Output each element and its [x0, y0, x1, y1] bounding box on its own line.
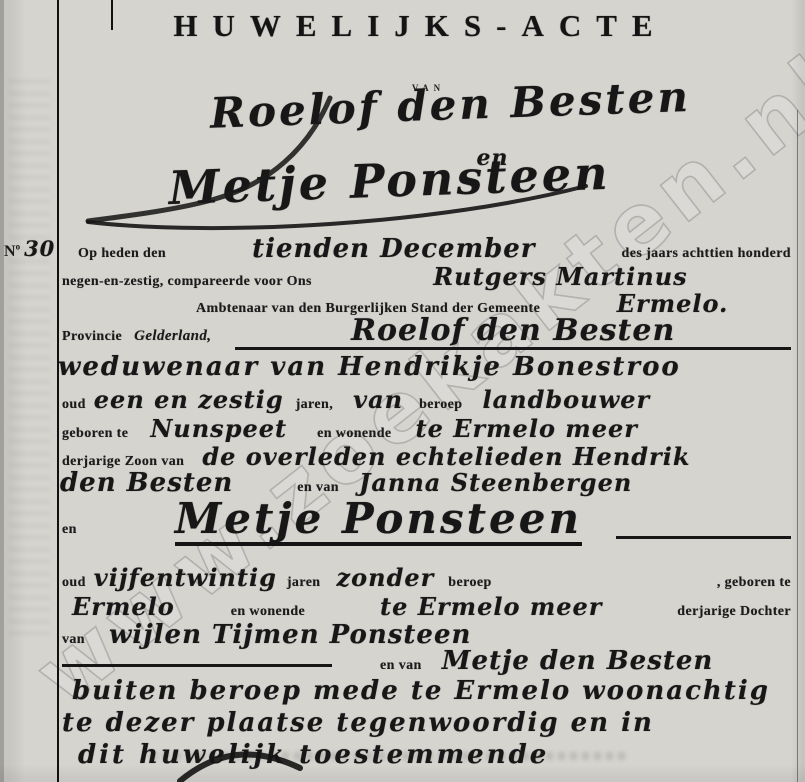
hw-groom-age: een en zestig — [94, 389, 284, 411]
hw-gemeente: Ermelo. — [554, 293, 791, 315]
hw-bride-name-body: Metje Ponsteen — [175, 500, 582, 546]
body-line-2: negen-en-zestig, compareerde voor Ons Ru… — [62, 266, 791, 290]
printed-en-wonende-2: en wonende — [231, 604, 305, 620]
hw-bride-father: wijlen Tijmen Ponsteen — [109, 624, 471, 647]
printed-van-3: van — [62, 632, 85, 648]
hw-zonder: zonder — [337, 567, 435, 589]
printed-beroep-1: beroep — [419, 397, 462, 413]
body-line-12: Ermelo en wonende te Ermelo meer derjari… — [62, 596, 791, 620]
hw-present-consenting-1: te dezer plaatse tegenwoordig en in — [62, 712, 654, 735]
marriage-certificate-scan: www.zoekakten.nl HUWELIJKS-ACTE VAN Roel… — [0, 0, 805, 782]
hw-groom-name-body: Roelof den Besten — [235, 317, 791, 350]
printed-geboren-te-1: geboren te — [62, 426, 128, 442]
printed-en-wonende-1: en wonende — [317, 426, 391, 442]
printed-dochter: derjarige Dochter — [677, 604, 791, 620]
hw-groom-residence: te Ermelo meer — [416, 418, 638, 440]
hw-date: tienden December — [166, 238, 621, 261]
body-line-15: buiten beroep mede te Ermelo woonachtig — [62, 680, 791, 703]
hw-groom-occupation: landbouwer — [482, 389, 650, 411]
body-line-4: Provincie Gelderland, Roelof den Besten — [62, 317, 791, 350]
body-line-9: den Besten en van Janna Steenbergen — [62, 472, 791, 496]
body-line-14: en van Metje den Besten — [62, 650, 791, 674]
act-number: No 30 — [4, 240, 55, 261]
hw-bride-birthplace: Ermelo — [72, 596, 175, 618]
printed-provincie: Provincie — [62, 329, 122, 345]
hw-groom-father-surname: den Besten — [60, 472, 233, 495]
printed-gelderland: Gelderland, — [134, 328, 211, 345]
hw-mother-residence: buiten beroep mede te Ermelo woonachtig — [72, 680, 770, 703]
printed-geboren-te-2: , geboren te — [717, 575, 791, 591]
body-line-13: van wijlen Tijmen Ponsteen — [62, 624, 791, 648]
body-line-8: derjarige Zoon van de overleden echtelie… — [62, 446, 791, 470]
act-number-prefix: N — [4, 243, 16, 260]
blank-rule-left — [62, 664, 332, 667]
printed-jaar-compareerde: negen-en-zestig, compareerde voor Ons — [62, 274, 312, 290]
printed-jaren-van: jaren, — [296, 397, 334, 413]
hw-present-consenting-2: dit huwelijk toestemmende — [78, 744, 549, 767]
printed-en-2: en — [62, 522, 77, 538]
hw-bride-mother: Metje den Besten — [442, 650, 714, 673]
printed-oud-2: oud — [62, 575, 86, 591]
hw-groom-birthplace: Nunspeet — [150, 418, 287, 440]
printed-en-van-2: en van — [380, 658, 422, 674]
hw-bride-age: vijfentwintig — [94, 567, 277, 589]
document-title: HUWELIJKS-ACTE — [0, 8, 805, 44]
body-line-6: oud een en zestig jaren, van beroep land… — [62, 389, 791, 413]
blank-fill-rule — [616, 536, 791, 539]
hw-bride-residence: te Ermelo meer — [305, 596, 677, 618]
hw-widower-of: weduwenaar van Hendrikje Bonestroo — [58, 356, 681, 379]
printed-des-jaars: des jaars achttien honderd — [622, 246, 791, 262]
printed-oud-1: oud — [62, 397, 86, 413]
body-line-16: te dezer plaatse tegenwoordig en in — [62, 712, 791, 735]
hw-registrar-name: Rutgers Martinus — [330, 266, 791, 288]
body-line-5: weduwenaar van Hendrikje Bonestroo — [62, 356, 791, 379]
hw-groom-mother: Janna Steenbergen — [359, 472, 632, 494]
body-line-11: oud vijfentwintig jaren zonder beroep , … — [62, 567, 791, 591]
body-line-1: Op heden den tienden December des jaars … — [62, 238, 791, 262]
printed-jaren-2: jaren — [287, 575, 321, 591]
hw-van: van — [353, 389, 403, 411]
body-line-7: geboren te Nunspeet en wonende te Ermelo… — [62, 418, 791, 442]
body-line-10: en Metje Ponsteen — [62, 500, 791, 546]
body-line-17: dit huwelijk toestemmende — [62, 744, 791, 767]
act-number-value: 30 — [24, 236, 55, 261]
printed-beroep-2: beroep — [448, 575, 491, 591]
printed-op-heden-den: Op heden den — [78, 246, 166, 262]
act-number-ordinal: o — [16, 242, 21, 252]
right-page-edge-rule — [797, 110, 798, 782]
hw-groom-parents-1: de overleden echtelieden Hendrik — [202, 446, 690, 468]
